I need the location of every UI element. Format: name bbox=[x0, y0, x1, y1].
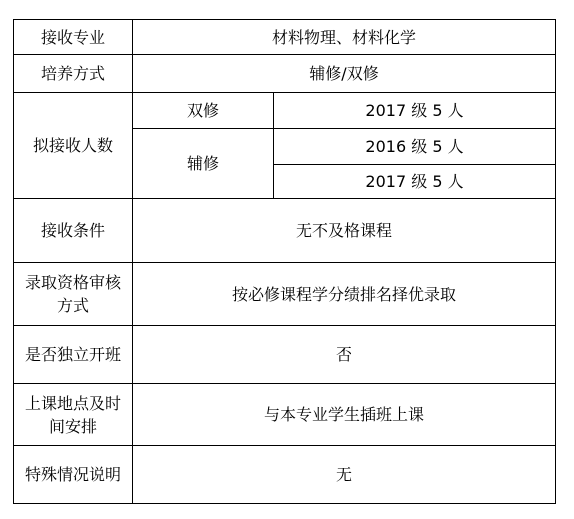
minor-value-2016: 2016 级 5 人 bbox=[274, 129, 556, 165]
planned-admission-label: 拟接收人数 bbox=[14, 93, 133, 199]
training-mode-value: 辅修/双修 bbox=[133, 55, 556, 93]
table-row: 录取资格审核 方式 按必修课程学分绩排名择优录取 bbox=[14, 263, 556, 326]
table-row: 是否独立开班 否 bbox=[14, 326, 556, 384]
table-row: 接收专业 材料物理、材料化学 bbox=[14, 20, 556, 55]
minor-value-2017: 2017 级 5 人 bbox=[274, 165, 556, 199]
accept-major-label: 接收专业 bbox=[14, 20, 133, 55]
qualification-review-label: 录取资格审核 方式 bbox=[14, 263, 133, 326]
accept-condition-value: 无不及格课程 bbox=[133, 199, 556, 263]
accept-major-value: 材料物理、材料化学 bbox=[133, 20, 556, 55]
independent-class-value: 否 bbox=[133, 326, 556, 384]
training-mode-label: 培养方式 bbox=[14, 55, 133, 93]
admission-info-table: 接收专业 材料物理、材料化学 培养方式 辅修/双修 拟接收人数 双修 2017 … bbox=[13, 19, 556, 504]
special-notes-label: 特殊情况说明 bbox=[14, 446, 133, 504]
qualification-review-value: 按必修课程学分绩排名择优录取 bbox=[133, 263, 556, 326]
class-schedule-value: 与本专业学生插班上课 bbox=[133, 384, 556, 446]
table-row: 培养方式 辅修/双修 bbox=[14, 55, 556, 93]
independent-class-label: 是否独立开班 bbox=[14, 326, 133, 384]
table-row: 拟接收人数 双修 2017 级 5 人 bbox=[14, 93, 556, 129]
table-row: 上课地点及时 间安排 与本专业学生插班上课 bbox=[14, 384, 556, 446]
table-row: 接收条件 无不及格课程 bbox=[14, 199, 556, 263]
double-major-value: 2017 级 5 人 bbox=[274, 93, 556, 129]
minor-label: 辅修 bbox=[133, 129, 274, 199]
special-notes-value: 无 bbox=[133, 446, 556, 504]
class-schedule-label: 上课地点及时 间安排 bbox=[14, 384, 133, 446]
accept-condition-label: 接收条件 bbox=[14, 199, 133, 263]
table-row: 特殊情况说明 无 bbox=[14, 446, 556, 504]
double-major-label: 双修 bbox=[133, 93, 274, 129]
